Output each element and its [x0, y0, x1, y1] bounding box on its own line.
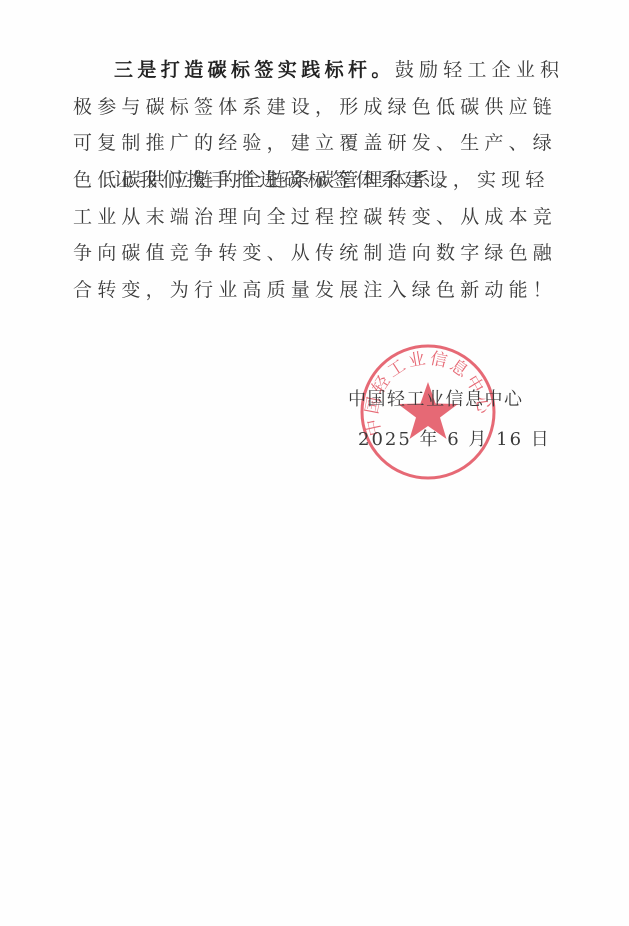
paragraph-lead-heading: 三是打造碳标签实践标杆。: [114, 59, 395, 81]
document-page: 三是打造碳标签实践标杆。鼓励轻工企业积极参与碳标签体系建设，形成绿色低碳供应链可…: [0, 0, 629, 926]
paragraph-body: 让我们携手推进碳标签体系建设，实现轻工业从末端治理向全过程控碳转变、从成本竞争向…: [73, 169, 557, 301]
official-seal-icon: 中国轻工业信息中心: [358, 342, 498, 482]
signature-date: 2025 年 6 月 16 日: [358, 425, 551, 451]
signature-organization: 中国轻工业信息中心: [348, 385, 524, 411]
paragraph-closing-call: 让我们携手推进碳标签体系建设，实现轻工业从末端治理向全过程控碳转变、从成本竞争向…: [73, 162, 565, 308]
